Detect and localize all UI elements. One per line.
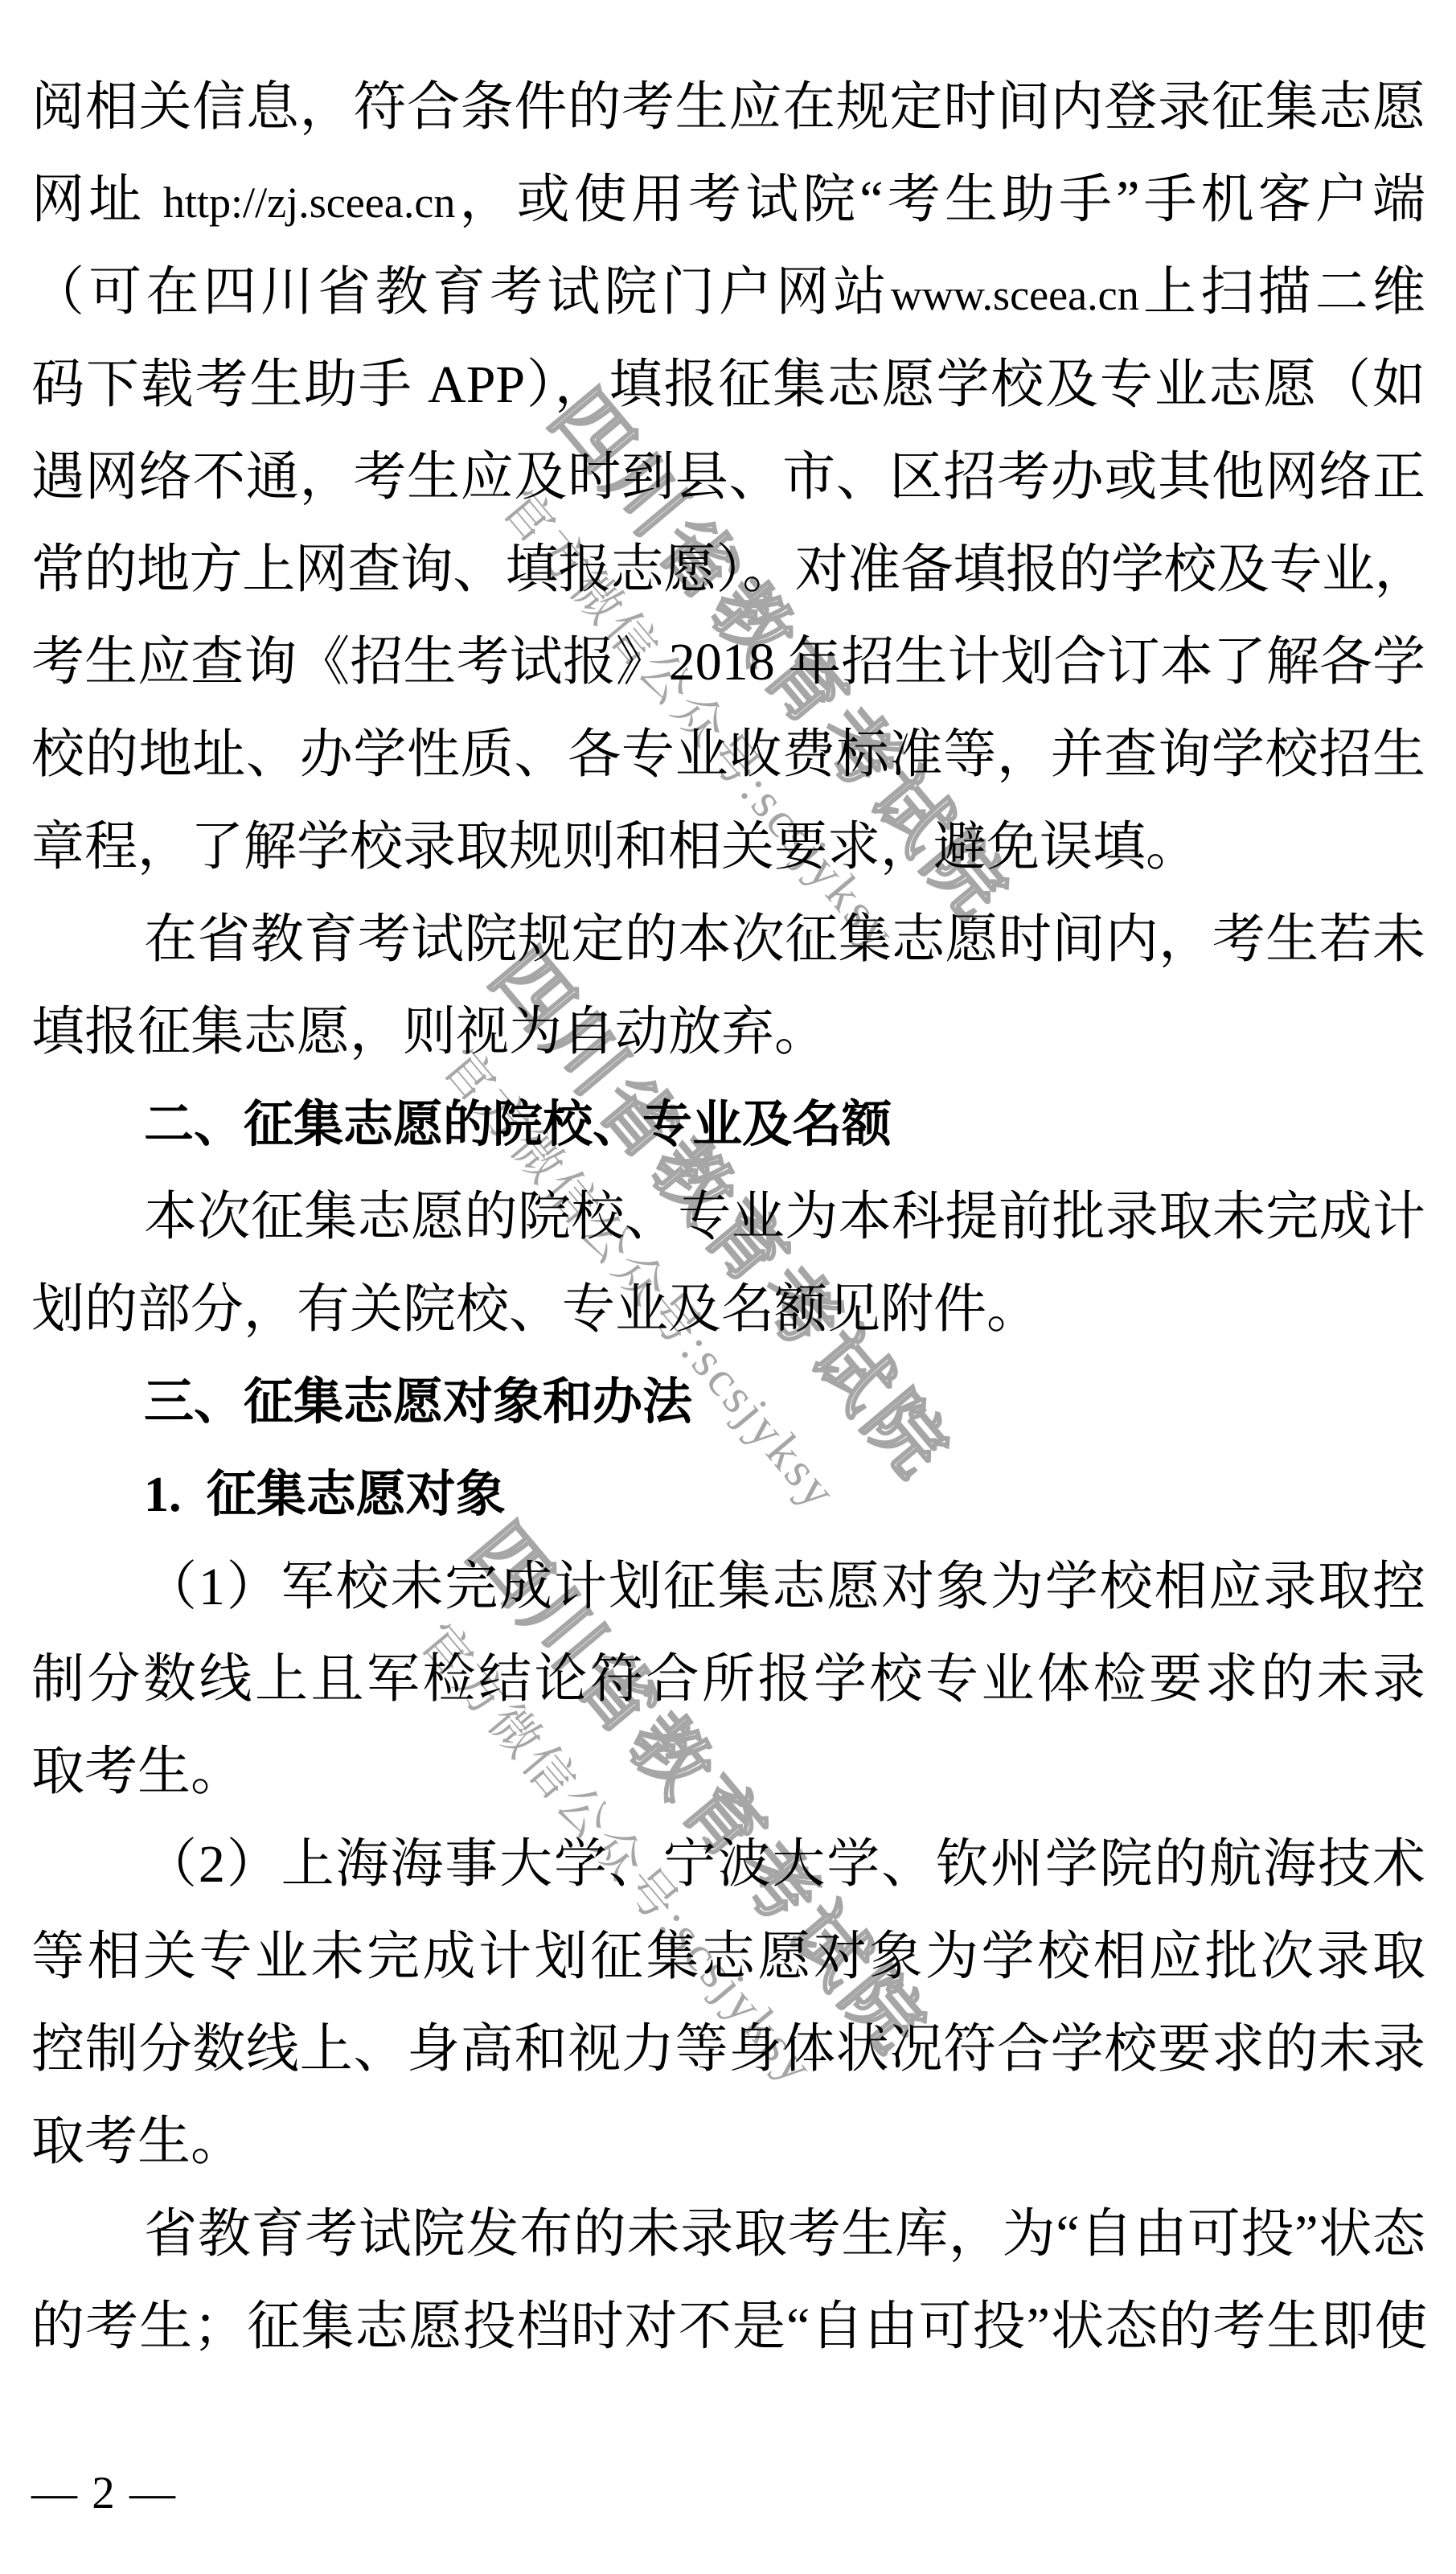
paragraph-line: 在省教育考试院规定的本次征集志愿时间内，考生若未 xyxy=(31,893,1425,986)
paragraph-line: 遇网络不通，考生应及时到县、市、区招考办或其他网络正 xyxy=(31,431,1425,523)
paragraph-line: 取考生。 xyxy=(31,1726,1425,1818)
text-run: （可在四川省教育考试院门户网站 xyxy=(31,263,891,322)
text-run: （1）军校未完成计划征集志愿对象为学校相应录取控 xyxy=(144,1558,1425,1616)
text-run: （2）上海海事大学、宁波大学、钦州学院的航海技术 xyxy=(144,1835,1425,1894)
text-run: 征集志愿对象 xyxy=(193,1467,506,1522)
paragraph-line: 常的地方上网查询、填报志愿）。对准备填报的学校及专业， xyxy=(31,523,1425,616)
paragraph-line: 等相关专业未完成计划征集志愿对象为学校相应批次录取 xyxy=(31,1911,1425,2003)
paragraph-line: 校的地址、办学性质、各专业收费标准等，并查询学校招生 xyxy=(31,708,1425,801)
text-run: 本次征集志愿的院校、专业为本科提前批录取未完成计 xyxy=(144,1188,1425,1246)
text-run: 常的地方上网查询、填报志愿）。对准备填报的学校及专业， xyxy=(31,540,1425,599)
section-heading-line: 三、征集志愿对象和办法 xyxy=(31,1356,1425,1448)
paragraph-line: 省教育考试院发布的未录取考生库，为“自由可投”状态 xyxy=(31,2188,1425,2280)
paragraph-line: （可在四川省教育考试院门户网站www.sceea.cn上扫描二维 xyxy=(31,246,1425,339)
paragraph-line: 本次征集志愿的院校、专业为本科提前批录取未完成计 xyxy=(31,1171,1425,1263)
paragraph-line: 网址 http://zj.sceea.cn，或使用考试院“考生助手”手机客户端 xyxy=(31,154,1425,246)
text-run: 划的部分，有关院校、专业及名额见附件。 xyxy=(31,1280,1040,1339)
text-run: 取考生。 xyxy=(31,2112,244,2171)
text-run: 阅相关信息，符合条件的考生应在规定时间内登录征集志愿 xyxy=(31,78,1425,137)
text-run: 的考生；征集志愿投档时对不是“自由可投”状态的考生即使 xyxy=(31,2297,1425,2356)
section-heading-line: 1. 征集志愿对象 xyxy=(31,1448,1425,1541)
section-heading-line: 二、征集志愿的院校、专业及名额 xyxy=(31,1078,1425,1171)
url-text: http://zj.sceea.cn xyxy=(163,179,456,227)
paragraph-line: 控制分数线上、身高和视力等身体状况符合学校要求的未录 xyxy=(31,2003,1425,2096)
text-run: 取考生。 xyxy=(31,1743,244,1801)
text-run: ，或使用考试院“考生助手”手机客户端 xyxy=(455,170,1425,229)
heading-number: 1. xyxy=(144,1468,182,1522)
paragraph-line: 取考生。 xyxy=(31,2096,1425,2188)
text-run: 二、征集志愿的院校、专业及名额 xyxy=(144,1097,892,1152)
text-run: 校的地址、办学性质、各专业收费标准等，并查询学校招生 xyxy=(31,725,1425,784)
paragraph-line: 填报征集志愿，则视为自动放弃。 xyxy=(31,986,1425,1078)
text-block: 阅相关信息，符合条件的考生应在规定时间内登录征集志愿网址 http://zj.s… xyxy=(31,61,1425,2373)
text-run: 等相关专业未完成计划征集志愿对象为学校相应批次录取 xyxy=(31,1927,1425,1986)
text-run: 控制分数线上、身高和视力等身体状况符合学校要求的未录 xyxy=(31,2020,1425,2079)
paragraph-line: 章程，了解学校录取规则和相关要求，避免误填。 xyxy=(31,801,1425,893)
paragraph-line: 考生应查询《招生考试报》2018 年招生计划合订本了解各学 xyxy=(31,616,1425,708)
text-run: 遇网络不通，考生应及时到县、市、区招考办或其他网络正 xyxy=(31,448,1425,507)
paragraph-line: 制分数线上且军检结论符合所报学校专业体检要求的未录 xyxy=(31,1633,1425,1726)
text-run: 考生应查询《招生考试报》2018 年招生计划合订本了解各学 xyxy=(31,633,1425,692)
text-run: 填报征集志愿，则视为自动放弃。 xyxy=(31,1003,827,1061)
url-text: www.sceea.cn xyxy=(891,271,1139,319)
text-run: 三、征集志愿对象和办法 xyxy=(144,1374,692,1430)
page-footer: — 2 — xyxy=(31,2457,177,2530)
text-run: 制分数线上且军检结论符合所报学校专业体检要求的未录 xyxy=(31,1650,1425,1709)
text-run: 在省教育考试院规定的本次征集志愿时间内，考生若未 xyxy=(144,910,1425,969)
paragraph-line: （1）军校未完成计划征集志愿对象为学校相应录取控 xyxy=(31,1541,1425,1633)
paragraph-line: 阅相关信息，符合条件的考生应在规定时间内登录征集志愿 xyxy=(31,61,1425,154)
text-run: 网址 xyxy=(31,170,163,229)
document-page: 四川省教育考试院 官方微信公众号:scsjyksy 四川省教育考试院 官方微信公… xyxy=(0,0,1456,2574)
text-run: 章程，了解学校录取规则和相关要求，避免误填。 xyxy=(31,818,1199,876)
paragraph-line: 码下载考生助手 APP），填报征集志愿学校及专业志愿（如 xyxy=(31,339,1425,431)
page-number: — 2 — xyxy=(31,2468,177,2519)
paragraph-line: 划的部分，有关院校、专业及名额见附件。 xyxy=(31,1263,1425,1356)
text-run: 码下载考生助手 APP），填报征集志愿学校及专业志愿（如 xyxy=(31,355,1425,414)
paragraph-line: 的考生；征集志愿投档时对不是“自由可投”状态的考生即使 xyxy=(31,2280,1425,2373)
paragraph-line: （2）上海海事大学、宁波大学、钦州学院的航海技术 xyxy=(31,1818,1425,1911)
text-run: 上扫描二维 xyxy=(1139,263,1425,322)
text-run: 省教育考试院发布的未录取考生库，为“自由可投”状态 xyxy=(144,2205,1425,2264)
